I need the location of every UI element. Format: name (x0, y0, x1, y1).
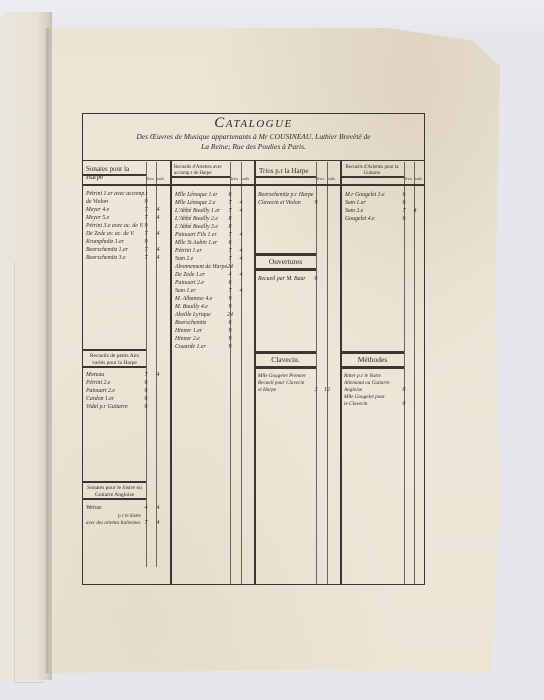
left-page-edge (0, 12, 52, 680)
subtitle-line-2: La Reine; Rue des Poulies à Paris. (83, 142, 424, 152)
price-livres: 6 (399, 216, 409, 223)
price-livres: 6 (225, 240, 235, 247)
header-rule (341, 176, 404, 178)
price-livres: 24 (225, 312, 235, 319)
subtitle-line-1: Des Œuvres de Musique appartenants à Mr … (83, 132, 424, 142)
list-item: Pétrini 3.e avec ac. de V. (86, 223, 144, 230)
list-item: Meyer 4.e (86, 207, 109, 214)
col-label-sols: sols (328, 176, 335, 181)
header-rule (341, 184, 424, 186)
list-item: de Violon (86, 199, 108, 206)
list-item: Sum 1.er (345, 200, 366, 207)
list-item: Meyer 5.e (86, 215, 109, 222)
list-item: Hinner 1.er (175, 328, 202, 335)
price-livres: 9 (141, 199, 151, 206)
price-livres: 7 (225, 232, 235, 239)
price-livres: 9 (225, 344, 235, 351)
list-item: Mlle St Aubin 1.er (175, 240, 217, 247)
list-item: Cardon 1.er (86, 396, 114, 403)
col-label-livres: liv.s (405, 176, 412, 181)
price-livres: 6 (399, 401, 409, 408)
price-sols: 4 (153, 231, 163, 238)
section-rule (83, 366, 146, 368)
price-livres: 6 (141, 388, 151, 395)
price-sols: 4 (236, 288, 246, 295)
list-item: et Harpe (258, 387, 276, 394)
header-rule (171, 184, 254, 186)
price-livres: 9 (225, 304, 235, 311)
list-item: L'Abbé Bouilly 1.er (175, 208, 220, 215)
col-label-livres: liv.s (147, 176, 154, 181)
column-separator (340, 160, 342, 584)
price-livres: 8 (225, 224, 235, 231)
page-title: Catalogue (83, 115, 424, 132)
list-item: Patouart 2.e (175, 280, 204, 287)
list-item: Krumpholtz 1.er (86, 239, 124, 246)
list-item: Clavecin et Violon (258, 200, 301, 207)
price-sols: 4 (236, 248, 246, 255)
price-livres: 6 (399, 192, 409, 199)
price-livres: 7 (141, 231, 151, 238)
list-item: Recueil par M. Baur (258, 276, 306, 283)
list-item: avec des ariettes Italiennes (86, 520, 140, 527)
price-sols: 4 (153, 255, 163, 262)
price-sols: 4 (236, 256, 246, 263)
header-rule (83, 174, 146, 176)
price-sols: 4 (236, 272, 246, 279)
list-item: Mlle Gougelet Premier (258, 373, 306, 380)
price-livres: 7 (225, 200, 235, 207)
title-box: Catalogue Des Œuvres de Musique apparten… (83, 114, 424, 161)
header-rule (255, 184, 340, 186)
price-livres: 6 (225, 320, 235, 327)
list-item: Mlle Gougelet pour (344, 394, 385, 401)
list-item: Boerschemitz p.r Harpe (258, 192, 314, 199)
section-rule (255, 366, 316, 369)
column-separator (170, 160, 172, 584)
money-rule (404, 162, 405, 584)
price-livres: 6 (311, 276, 321, 283)
list-item: M. Bouilly 4.e (175, 304, 208, 311)
list-item: Patouart 2.e (86, 388, 115, 395)
price-livres: 6 (225, 280, 235, 287)
price-livres: 4 (225, 272, 235, 279)
price-livres: 7 (141, 215, 151, 222)
list-item: p.r le Sistre (118, 513, 141, 520)
list-item: De Zede av. ac. de V. (86, 231, 134, 238)
list-item: Hinner 2.e (175, 336, 200, 343)
price-livres: 7 (141, 207, 151, 214)
col-label-sols: sols (242, 176, 249, 181)
header-rule (83, 184, 170, 186)
price-livres: 7 (225, 256, 235, 263)
price-sols: 4 (153, 247, 163, 254)
price-livres: 7 (141, 247, 151, 254)
section-rule (341, 366, 404, 369)
plate-mark (14, 262, 45, 683)
header-rule (171, 176, 230, 178)
list-item: L'Abbé Bouilly 2.e (175, 216, 218, 223)
list-item: M.r Gougelet 3.e (345, 192, 385, 199)
list-item: Sum 2.e (175, 256, 193, 263)
header-rule (255, 176, 316, 178)
column-separator (254, 160, 256, 584)
price-livres: 6 (141, 380, 151, 387)
list-item: Recueil pour Clavecin (258, 380, 304, 387)
list-item: Mlle Lénoque 1.er (175, 192, 218, 199)
price-livres: 6 (399, 200, 409, 207)
price-livres: 6 (141, 396, 151, 403)
list-item: De Zede 1.er (175, 272, 205, 279)
list-item: Boerschemitz 3.e (86, 255, 126, 262)
price-livres: 7 (141, 255, 151, 262)
price-livres: 6 (141, 404, 151, 411)
list-item: L'Abbé Bouilly 3.e (175, 224, 218, 231)
section-rule (83, 498, 146, 500)
section-header-ouvertures: Ouvertures (255, 257, 316, 266)
list-item: Allemand ou Guitarre (344, 380, 390, 387)
col-label-sols: sols (415, 176, 422, 181)
price-livres: 8 (225, 216, 235, 223)
section-header-clavecin: Clavecin. (255, 355, 316, 364)
price-livres: 9 (141, 223, 151, 230)
list-item: Pétrini 2.e (86, 380, 110, 387)
price-livres: 6 (399, 387, 409, 394)
price-livres: 9 (225, 336, 235, 343)
list-item: Ritter p.r le Sistre (344, 373, 381, 380)
price-livres: 7 (225, 208, 235, 215)
list-item: Angloise (344, 387, 362, 394)
money-rule (316, 162, 317, 584)
list-item: Abonnement de Harpe (175, 264, 227, 271)
catalogue-table: Catalogue Des Œuvres de Musique apparten… (82, 113, 425, 585)
section-header-sonates-harpe: Sonates pour la Harpe (83, 163, 146, 183)
money-rule (414, 162, 415, 584)
price-sols: 4 (153, 520, 163, 527)
list-item: Pétrini 1.er (175, 248, 202, 255)
price-livres: 9 (141, 239, 151, 246)
price-sols: 4 (410, 208, 420, 215)
list-item: Couarde 1.er (175, 344, 206, 351)
list-item: Patouart Fils 1.er (175, 232, 217, 239)
list-item: le Clavecin (344, 401, 367, 408)
price-livres: 7 (225, 248, 235, 255)
list-item: Abeille Lyrique (175, 312, 211, 319)
price-sols: 4 (236, 200, 246, 207)
price-livres: 6 (225, 192, 235, 199)
price-sols: 4 (153, 207, 163, 214)
price-sols: 12 (322, 387, 332, 394)
list-item: Vidal p.r Guitarre (86, 404, 128, 411)
list-item: Mlle Lénoque 2.e (175, 200, 215, 207)
price-livres: 7 (225, 288, 235, 295)
list-item: Moreau (86, 372, 104, 379)
list-item: Boerschemitz 1.er (86, 247, 128, 254)
col-label-livres: liv.s (317, 176, 324, 181)
list-item: Boerschemitz (175, 320, 206, 327)
list-item: Pétrini 1.er avec accomp.t (86, 191, 147, 198)
money-rule (241, 162, 242, 584)
list-item: Sum 2.e (345, 208, 363, 215)
price-livres: 7 (141, 520, 151, 527)
col-label-sols: sols (157, 176, 164, 181)
section-header-methodes: Méthodes (341, 355, 404, 364)
money-rule (327, 162, 328, 584)
price-livres: 9 (311, 200, 321, 207)
price-livres: 3 (311, 387, 321, 394)
price-sols: 4 (236, 208, 246, 215)
section-rule (255, 268, 316, 271)
price-livres: 9 (225, 296, 235, 303)
price-livres: 4 (141, 505, 151, 512)
section-rule (255, 351, 316, 354)
price-livres: 24 (225, 264, 235, 271)
list-item: Gougelet 4.e (345, 216, 375, 223)
section-rule (341, 351, 404, 354)
list-item: Sum 1.er (175, 288, 196, 295)
list-item: M. Albanese 4.e (175, 296, 212, 303)
col-label-livres: liv.s (231, 176, 238, 181)
price-livres: 9 (225, 328, 235, 335)
price-sols: 4 (153, 505, 163, 512)
price-sols: 4 (236, 232, 246, 239)
list-item: Weisse (86, 505, 102, 512)
section-rule (255, 253, 316, 256)
price-sols: 4 (153, 215, 163, 222)
price-livres: 7 (399, 208, 409, 215)
price-livres: 7 (141, 372, 151, 379)
price-sols: 4 (153, 372, 163, 379)
